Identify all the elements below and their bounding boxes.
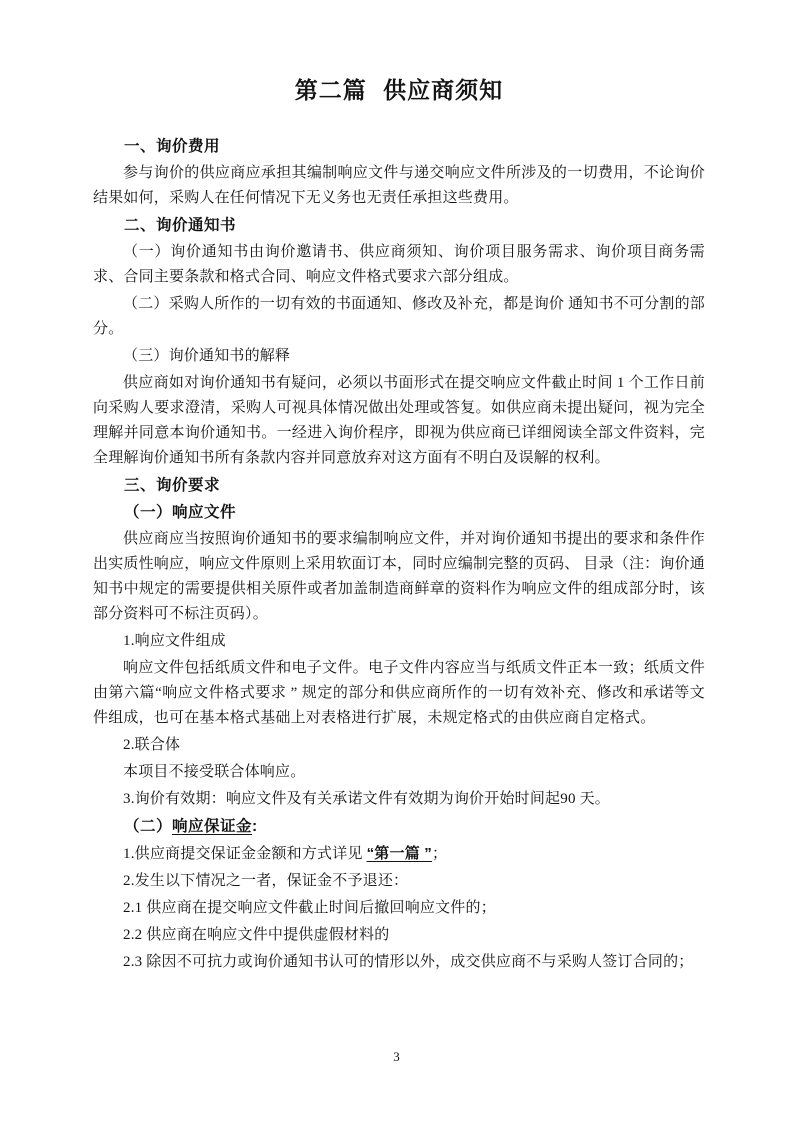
paragraph-notice-item3-body: 供应商如对询价通知书有疑问，必须以书面形式在提交响应文件截止时间 1 个工作日前… xyxy=(93,371,705,471)
deposit-item1-prefix: 1.供应商提交保证金金额和方式详见 xyxy=(123,846,367,862)
paragraph-validity: 3.询价有效期：响应文件及有关承诺文件有效期为询价开始时间起90 天。 xyxy=(93,787,705,812)
paragraph-composition-heading: 1.响应文件组成 xyxy=(93,629,705,654)
page-title: 第二篇 供应商须知 xyxy=(93,74,705,106)
paragraph-jv-body: 本项目不接受联合体响应。 xyxy=(93,760,705,785)
section-heading-fee: 一、询价费用 xyxy=(93,134,705,159)
paragraph-fee: 参与询价的供应商应承担其编制响应文件与递交响应文件所涉及的一切费用，不论询价结果… xyxy=(93,161,705,211)
paragraph-composition-body: 响应文件包括纸质文件和电子文件。电子文件内容应当与纸质文件正本一致；纸质文件由第… xyxy=(93,656,705,731)
paragraph-notice-item2: （二）采购人所作的一切有效的书面通知、修改及补充，都是询价 通知书不可分割的部分… xyxy=(93,292,705,342)
paragraph-notice-item1: （一）询价通知书由询价邀请书、供应商须知、询价项目服务需求、询价项目商务需求、合… xyxy=(93,240,705,290)
deposit-item1-suffix: ； xyxy=(432,846,447,862)
paragraph-deposit-item1: 1.供应商提交保证金金额和方式详见 “第一篇 ”； xyxy=(93,841,705,867)
paragraph-response-doc: 供应商应当按照询价通知书的要求编制响应文件，并对询价通知书提出的要求和条件作出实… xyxy=(93,527,705,627)
paragraph-jv-heading: 2.联合体 xyxy=(93,733,705,758)
deposit-heading-underlined: 响应保证金 xyxy=(172,818,252,835)
deposit-heading-suffix: : xyxy=(252,818,258,835)
deposit-heading-prefix: （二） xyxy=(124,818,172,835)
paragraph-deposit-item2: 2.发生以下情况之一者，保证金不予退还： xyxy=(93,869,705,894)
section-heading-notice: 二、询价通知书 xyxy=(93,213,705,238)
paragraph-deposit-item2-2: 2.2 供应商在响应文件中提供虚假材料的 xyxy=(93,923,705,948)
section-heading-requirements: 三、询价要求 xyxy=(93,473,705,498)
paragraph-notice-item3-title: （三）询价通知书的解释 xyxy=(93,344,705,369)
paragraph-deposit-item2-1: 2.1 供应商在提交响应文件截止时间后撤回响应文件的； xyxy=(93,896,705,921)
subsection-heading-deposit: （二）响应保证金: xyxy=(93,814,705,839)
document-content: 第二篇 供应商须知 一、询价费用 参与询价的供应商应承担其编制响应文件与递交响应… xyxy=(93,74,705,977)
page-number: 3 xyxy=(0,1049,793,1065)
subsection-heading-response-doc: （一）响应文件 xyxy=(93,500,705,525)
deposit-item1-reference: “第一篇 ” xyxy=(367,845,432,862)
paragraph-deposit-item2-3: 2.3 除因不可抗力或询价通知书认可的情形以外，成交供应商不与采购人签订合同的； xyxy=(93,950,705,975)
document-page: 第二篇 供应商须知 一、询价费用 参与询价的供应商应承担其编制响应文件与递交响应… xyxy=(0,0,793,1122)
